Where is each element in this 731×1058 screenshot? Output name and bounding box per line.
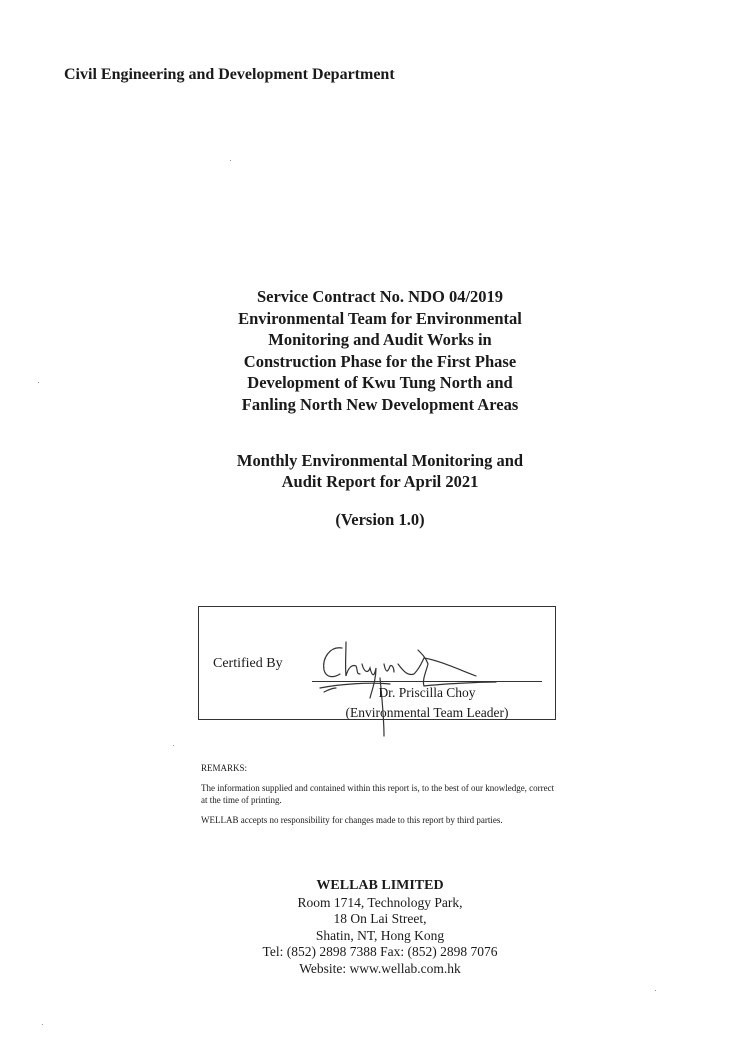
contact-line: Tel: (852) 2898 7388 Fax: (852) 2898 707…	[180, 944, 580, 961]
remarks-paragraph: WELLAB accepts no responsibility for cha…	[201, 814, 561, 826]
address-line: Room 1714, Technology Park,	[180, 895, 580, 912]
title-line: Fanling North New Development Areas	[180, 394, 580, 416]
scan-speck	[38, 382, 39, 383]
company-block: WELLAB LIMITED Room 1714, Technology Par…	[180, 878, 580, 977]
scan-speck	[173, 745, 174, 746]
scan-speck	[42, 1024, 43, 1025]
company-name: WELLAB LIMITED	[180, 878, 580, 895]
address-line: 18 On Lai Street,	[180, 911, 580, 928]
title-line: Service Contract No. NDO 04/2019	[180, 286, 580, 308]
signer-role: (Environmental Team Leader)	[312, 703, 542, 723]
address-line: Shatin, NT, Hong Kong	[180, 928, 580, 945]
certified-by-label: Certified By	[213, 656, 283, 672]
report-title-line: Monthly Environmental Monitoring and	[180, 450, 580, 471]
remarks-heading: REMARKS:	[201, 762, 561, 774]
contract-title: Service Contract No. NDO 04/2019 Environ…	[180, 286, 580, 415]
title-line: Environmental Team for Environmental	[180, 308, 580, 330]
signature-line	[312, 681, 542, 682]
department-heading: Civil Engineering and Development Depart…	[64, 66, 395, 84]
report-title-line: Audit Report for April 2021	[180, 471, 580, 492]
version-label: (Version 1.0)	[180, 510, 580, 530]
scan-speck	[230, 160, 231, 161]
title-line: Construction Phase for the First Phase	[180, 351, 580, 373]
report-title: Monthly Environmental Monitoring and Aud…	[180, 450, 580, 492]
remarks-paragraph: The information supplied and contained w…	[201, 782, 561, 806]
title-line: Monitoring and Audit Works in	[180, 329, 580, 351]
signer-block: Dr. Priscilla Choy (Environmental Team L…	[312, 683, 542, 723]
remarks-section: REMARKS: The information supplied and co…	[201, 762, 561, 834]
title-line: Development of Kwu Tung North and	[180, 372, 580, 394]
scan-speck	[655, 990, 656, 991]
signer-name: Dr. Priscilla Choy	[312, 683, 542, 703]
website-link[interactable]: Website: www.wellab.com.hk	[180, 961, 580, 978]
